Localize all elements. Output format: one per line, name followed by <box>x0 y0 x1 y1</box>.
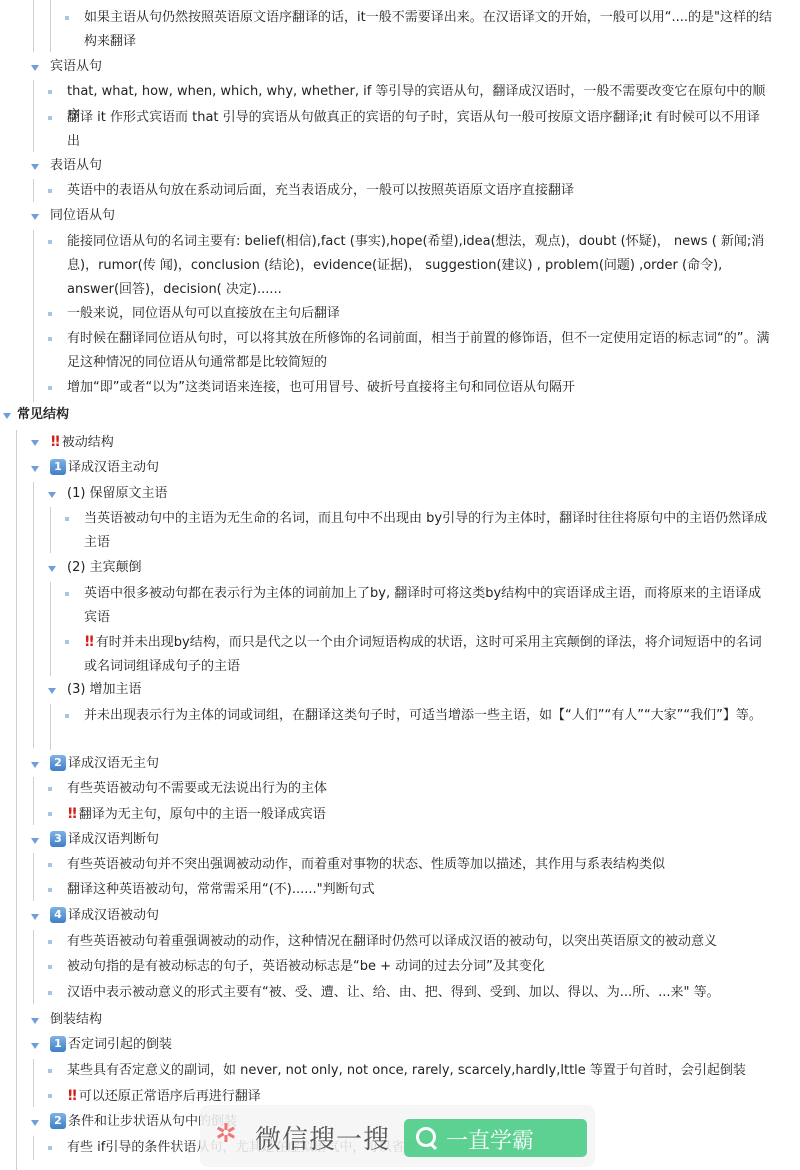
number-badge-icon: 2 <box>50 1113 66 1129</box>
guide-line <box>33 230 34 402</box>
collapse-arrow-icon[interactable] <box>31 440 39 446</box>
item-text-container: !!被动结构 <box>50 430 772 455</box>
watermark-search-label: 一直学霸 <box>446 1124 534 1155</box>
guide-line <box>33 80 34 152</box>
bullet-icon <box>65 16 69 20</box>
watermark-search-button[interactable]: 一直学霸 <box>404 1119 587 1157</box>
item-text-container: 2译成汉语无主句 <box>50 752 772 776</box>
item-label: 并未出现表示行为主体的词或词组，在翻译这类句子时，可适当增添一些主语，如【“人们… <box>84 708 762 723</box>
item-label: 有时并未出现by结构，而只是代之以一个由介词短语构成的状语，这时可采用主宾颠倒的… <box>84 635 762 674</box>
bullet-icon <box>48 312 52 316</box>
item-text-container: 当英语被动句中的主语为无生命的名词，而且句中不出现由 by引导的行为主体时，翻译… <box>84 507 772 555</box>
item-label: 翻译这种英语被动句，常常需采用“(不)......"判断句式 <box>67 882 375 897</box>
guide-line <box>33 853 34 901</box>
guide-line <box>33 777 34 825</box>
number-badge-icon: 1 <box>50 459 66 475</box>
item-label: 英语中的表语从句放在系动词后面，充当表语成分，一般可以按照英语原文语序直接翻译 <box>67 183 574 198</box>
item-text-container: !!有时并未出现by结构，而只是代之以一个由介词短语构成的状语，这时可采用主宾颠… <box>84 630 772 679</box>
double-exclamation-icon: !! <box>50 434 59 450</box>
guide-line <box>50 0 51 52</box>
item-label: 可以还原正常语序后再进行翻译 <box>79 1089 261 1104</box>
wechat-search-watermark: ✲ 微信搜一搜 一直学霸 <box>200 1105 595 1167</box>
bullet-icon <box>48 888 52 892</box>
item-label: 被动结构 <box>62 435 114 450</box>
collapse-arrow-icon[interactable] <box>31 1120 39 1126</box>
collapse-arrow-icon[interactable] <box>48 492 56 498</box>
item-label: 常见结构 <box>17 407 69 422</box>
item-label: 有些英语被动句不需要或无法说出行为的主体 <box>67 781 327 796</box>
double-exclamation-icon: !! <box>67 806 76 822</box>
item-text-container: 有些英语被动句着重强调被动的动作，这种情况在翻译时仍然可以译成汉语的被动句，以突… <box>67 930 772 954</box>
item-text-container: 并未出现表示行为主体的词或词组，在翻译这类句子时，可适当增添一些主语，如【“人们… <box>84 704 772 728</box>
item-label: 一般来说，同位语从句可以直接放在主句后翻译 <box>67 306 340 321</box>
item-label: 否定词引起的倒装 <box>68 1037 172 1052</box>
item-label: 翻译为无主句，原句中的主语一般译成宾语 <box>79 807 326 822</box>
item-text-container: 汉语中表示被动意义的形式主要有“被、受、遭、让、给、由、把、得到、受到、加以、得… <box>67 981 772 1005</box>
collapse-arrow-icon[interactable] <box>31 214 39 220</box>
guide-line <box>33 179 34 202</box>
collapse-arrow-icon[interactable] <box>31 1018 39 1024</box>
bullet-icon <box>48 337 52 341</box>
item-text-container: 翻译 it 作形式宾语而 that 引导的宾语从句做真正的宾语的句子时，宾语从句… <box>67 106 772 154</box>
item-text-container: 英语中的表语从句放在系动词后面，充当表语成分，一般可以按照英语原文语序直接翻译 <box>67 179 772 203</box>
item-label: 宾语从句 <box>50 59 102 74</box>
item-label: 有些英语被动句并不突出强调被动动作，而着重对事物的状态、性质等加以描述，其作用与… <box>67 857 665 872</box>
watermark-text: 微信搜一搜 <box>255 1119 390 1156</box>
guide-line <box>33 1136 34 1160</box>
search-icon <box>416 1127 436 1147</box>
item-label: 被动句指的是有被动标志的句子，英语被动标志是“be + 动词的过去分词”及其变化 <box>67 959 545 974</box>
item-text-container: (1) 保留原文主语 <box>67 482 772 506</box>
item-label: 倒装结构 <box>50 1012 102 1027</box>
item-text-container: 宾语从句 <box>50 55 772 79</box>
item-label: 译成汉语主动句 <box>68 460 159 475</box>
bullet-icon <box>65 592 69 596</box>
item-text-container: !!翻译为无主句，原句中的主语一般译成宾语 <box>67 802 772 827</box>
collapse-arrow-icon[interactable] <box>31 466 39 472</box>
guide-line <box>50 582 51 676</box>
bullet-icon <box>65 517 69 521</box>
item-text-container: 某些具有否定意义的副词，如 never, not only, not once,… <box>67 1059 772 1083</box>
item-text-container: 表语从句 <box>50 154 772 178</box>
collapse-arrow-icon[interactable] <box>31 762 39 768</box>
item-label: 如果主语从句仍然按照英语原文语序翻译的话，it一般不需要译出来。在汉语译文的开始… <box>84 10 772 49</box>
collapse-arrow-icon[interactable] <box>48 688 56 694</box>
item-text-container: (2) 主宾颠倒 <box>67 556 772 580</box>
item-text-container: 能接同位语从句的名词主要有: belief(相信),fact (事实),hope… <box>67 230 772 302</box>
number-badge-icon: 2 <box>50 755 66 771</box>
bullet-icon <box>48 787 52 791</box>
collapse-arrow-icon[interactable] <box>3 413 11 419</box>
item-label: 有些英语被动句着重强调被动的动作，这种情况在翻译时仍然可以译成汉语的被动句，以突… <box>67 934 717 949</box>
item-label: 有时候在翻译同位语从句时，可以将其放在所修饰的名词前面，相当于前置的修饰语，但不… <box>67 331 769 370</box>
item-text-container: 翻译这种英语被动句，常常需采用“(不)......"判断句式 <box>67 878 772 902</box>
item-text-container: 常见结构 <box>17 403 772 427</box>
item-text-container: 倒装结构 <box>50 1008 772 1032</box>
item-label: 同位语从句 <box>50 208 115 223</box>
bullet-icon <box>48 863 52 867</box>
collapse-arrow-icon[interactable] <box>31 164 39 170</box>
collapse-arrow-icon[interactable] <box>31 65 39 71</box>
item-text-container: 1否定词引起的倒装 <box>50 1033 772 1057</box>
bullet-icon <box>48 90 52 94</box>
item-label: 译成汉语被动句 <box>68 908 159 923</box>
guide-line <box>33 0 34 52</box>
double-exclamation-icon: !! <box>84 634 93 650</box>
collapse-arrow-icon[interactable] <box>48 566 56 572</box>
wechat-search-logo-icon: ✲ <box>215 1119 237 1149</box>
bullet-icon <box>48 116 52 120</box>
bullet-icon <box>48 812 52 816</box>
number-badge-icon: 4 <box>50 907 66 923</box>
bullet-icon <box>65 640 69 644</box>
guide-line <box>33 482 34 748</box>
item-text-container: 1译成汉语主动句 <box>50 456 772 480</box>
item-label: 译成汉语判断句 <box>68 832 159 847</box>
item-label: 翻译 it 作形式宾语而 that 引导的宾语从句做真正的宾语的句子时，宾语从句… <box>67 110 760 149</box>
item-label: (3) 增加主语 <box>67 682 142 697</box>
item-text-container: 有些英语被动句不需要或无法说出行为的主体 <box>67 777 772 801</box>
double-exclamation-icon: !! <box>67 1088 76 1104</box>
guide-line <box>50 507 51 553</box>
item-label: 当英语被动句中的主语为无生命的名词，而且句中不出现由 by引导的行为主体时，翻译… <box>84 511 767 550</box>
guide-line <box>33 1059 34 1107</box>
collapse-arrow-icon[interactable] <box>31 914 39 920</box>
collapse-arrow-icon[interactable] <box>31 838 39 844</box>
item-text-container: 4译成汉语被动句 <box>50 904 772 928</box>
item-label: 译成汉语无主句 <box>68 756 159 771</box>
item-text-container: 如果主语从句仍然按照英语原文语序翻译的话，it一般不需要译出来。在汉语译文的开始… <box>84 6 772 54</box>
item-label: 能接同位语从句的名词主要有: belief(相信),fact (事实),hope… <box>67 234 764 297</box>
item-text-container: 增加“即”或者“以为”这类词语来连接，也可用冒号、破折号直接将主句和同位语从句隔… <box>67 376 772 400</box>
item-label: 英语中很多被动句都在表示行为主体的词前加上了by, 翻译时可将这类by结构中的宾… <box>84 586 761 625</box>
item-label: (1) 保留原文主语 <box>67 486 168 501</box>
bullet-icon <box>65 714 69 718</box>
guide-line <box>16 430 17 1170</box>
number-badge-icon: 3 <box>50 831 66 847</box>
bullet-icon <box>48 240 52 244</box>
item-text-container: 同位语从句 <box>50 204 772 228</box>
bullet-icon <box>48 1094 52 1098</box>
guide-line <box>50 704 51 750</box>
number-badge-icon: 1 <box>50 1036 66 1052</box>
bullet-icon <box>48 940 52 944</box>
bullet-icon <box>48 965 52 969</box>
bullet-icon <box>48 1146 52 1150</box>
collapse-arrow-icon[interactable] <box>31 1043 39 1049</box>
item-label: (2) 主宾颠倒 <box>67 560 142 575</box>
guide-line <box>33 930 34 1004</box>
item-text-container: 一般来说，同位语从句可以直接放在主句后翻译 <box>67 302 772 326</box>
item-text-container: 英语中很多被动句都在表示行为主体的词前加上了by, 翻译时可将这类by结构中的宾… <box>84 582 772 630</box>
item-text-container: 3译成汉语判断句 <box>50 828 772 852</box>
bullet-icon <box>48 1069 52 1073</box>
item-label: 汉语中表示被动意义的形式主要有“被、受、遭、让、给、由、把、得到、受到、加以、得… <box>67 985 720 1000</box>
item-label: 表语从句 <box>50 158 102 173</box>
item-label: 增加“即”或者“以为”这类词语来连接，也可用冒号、破折号直接将主句和同位语从句隔… <box>67 380 575 395</box>
item-text-container: 被动句指的是有被动标志的句子，英语被动标志是“be + 动词的过去分词”及其变化 <box>67 955 772 979</box>
bullet-icon <box>48 189 52 193</box>
bullet-icon <box>48 991 52 995</box>
item-text-container: (3) 增加主语 <box>67 678 772 702</box>
item-text-container: 有些英语被动句并不突出强调被动动作，而着重对事物的状态、性质等加以描述，其作用与… <box>67 853 772 877</box>
item-text-container: 有时候在翻译同位语从句时，可以将其放在所修饰的名词前面，相当于前置的修饰语，但不… <box>67 327 772 375</box>
item-label: 某些具有否定意义的副词，如 never, not only, not once,… <box>67 1063 746 1078</box>
bullet-icon <box>48 386 52 390</box>
